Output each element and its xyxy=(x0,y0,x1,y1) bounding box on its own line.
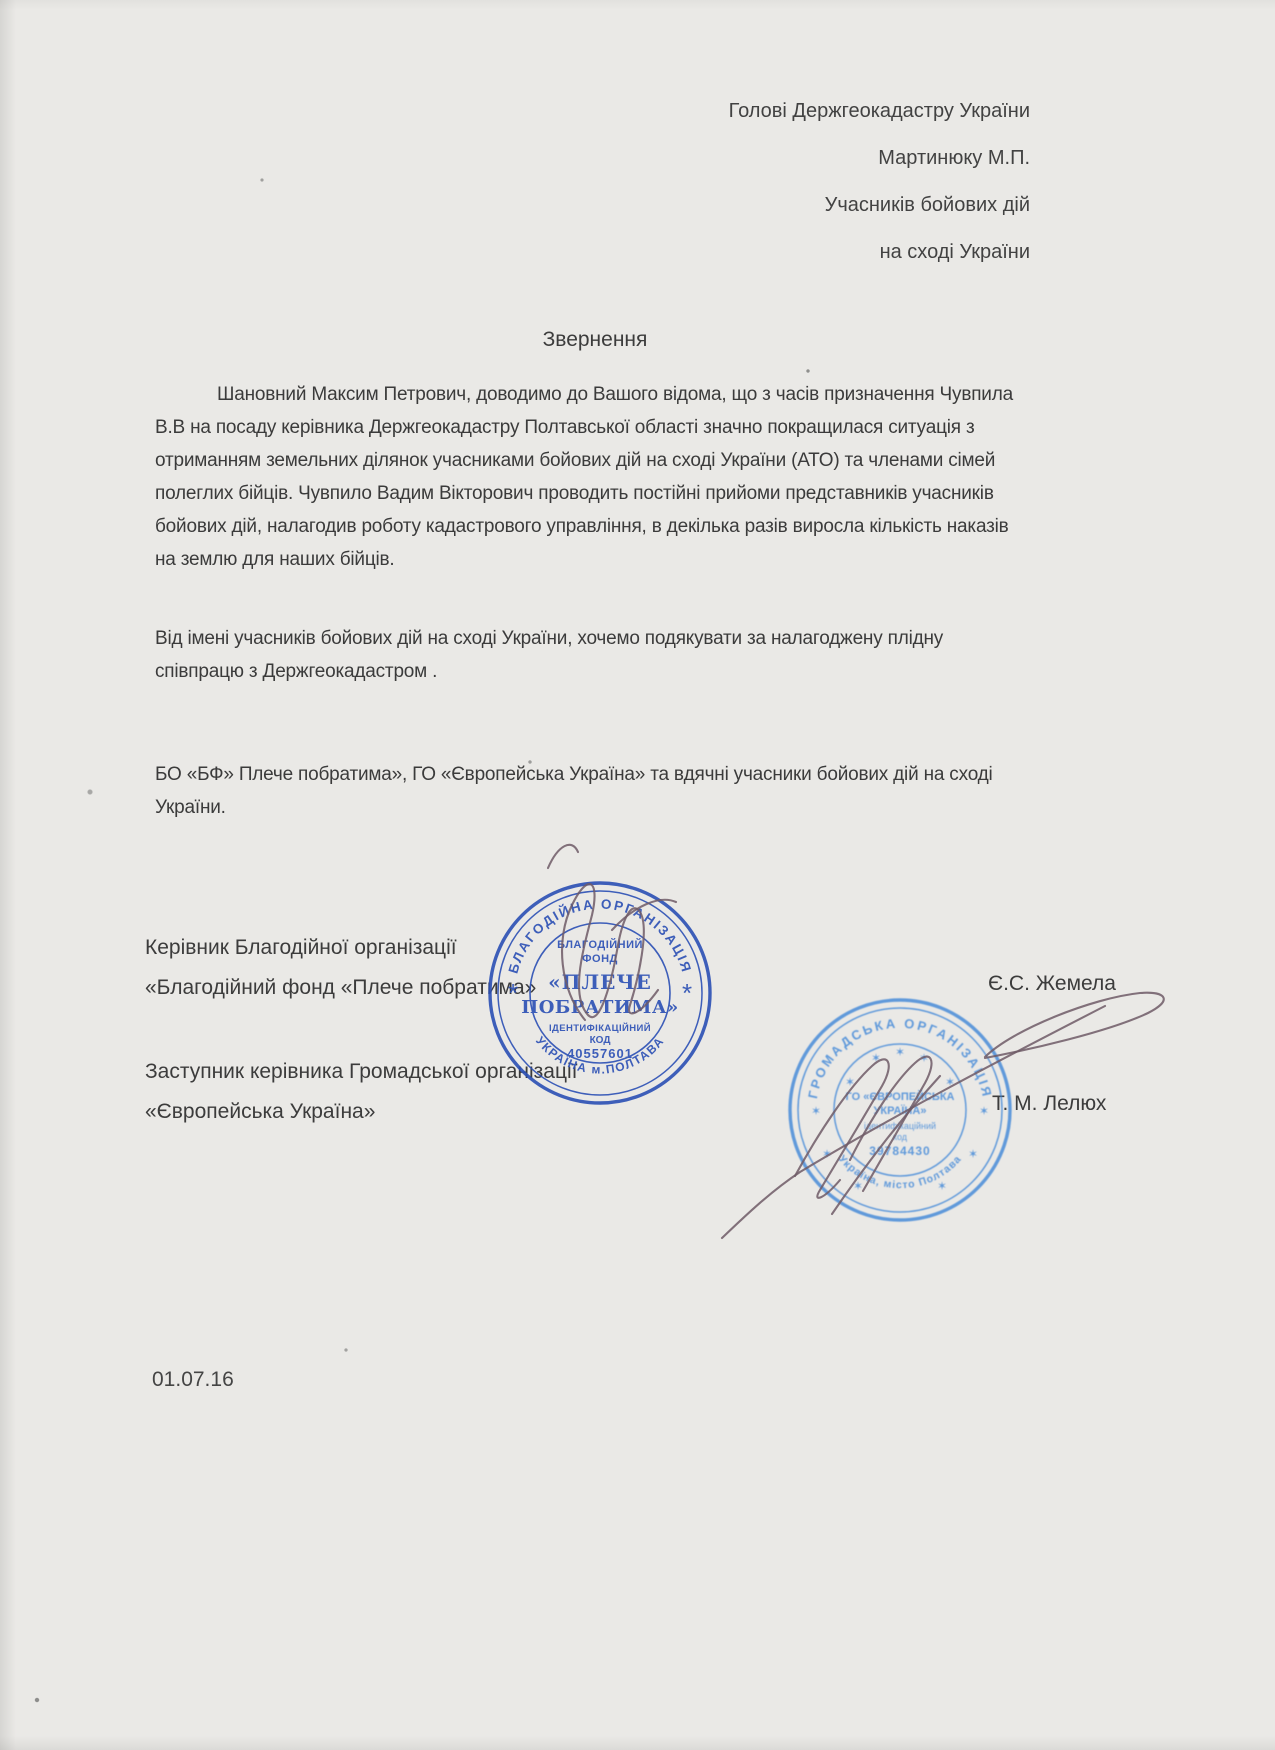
star-icon: ✶ xyxy=(845,1075,855,1089)
star-icon: ✶ xyxy=(811,1104,821,1118)
pen-stroke xyxy=(985,993,1164,1058)
signatory-1-role: Керівник Благодійної організації «Благод… xyxy=(145,928,536,1008)
document-title: Звернення xyxy=(155,328,1035,352)
role-line: Заступник керівника Громадської організа… xyxy=(145,1052,578,1092)
text-line: отриманням земельних ділянок учасниками … xyxy=(155,444,1055,477)
stamp-center-text: код xyxy=(893,1132,908,1142)
pen-stroke xyxy=(850,1057,932,1191)
stamp-ring-bottom-text: Україна, місто Полтава xyxy=(836,1153,964,1191)
paragraph-3: БО «БФ» Плече побратима», ГО «Європейськ… xyxy=(155,758,1055,824)
recipient-line: Мартинюку М.П. xyxy=(729,135,1030,182)
stamp-inner-ring xyxy=(834,1044,966,1176)
handwritten-signature-1 xyxy=(548,845,676,1020)
paragraph-2: Від імені учасників бойових дій на сході… xyxy=(155,622,1055,688)
star-icon: ✶ xyxy=(822,1147,832,1161)
recipient-line: Голові Держгеокадастру України xyxy=(729,88,1030,135)
role-line: «Благодійний фонд «Плече побратима» xyxy=(145,968,536,1008)
text-line: Шановний Максим Петрович, доводимо до Ва… xyxy=(155,378,1055,411)
text-line: Від імені учасників бойових дій на сході… xyxy=(155,622,1055,655)
star-icon: ✶ xyxy=(895,1045,905,1059)
pen-stroke xyxy=(832,1076,940,1214)
star-icon: ✶ xyxy=(945,1075,955,1089)
text-line: В.В на посаду керівника Держгеокадастру … xyxy=(155,411,1055,444)
stamp-code-text: 39784430 xyxy=(869,1144,930,1158)
stamp-center-text: УКРАЇНА» xyxy=(874,1104,927,1117)
star-icon: ✶ xyxy=(968,1147,978,1161)
svg-text:ГРОМАДСЬКА ОРГАНІЗАЦІЯ: ГРОМАДСЬКА ОРГАНІЗАЦІЯ xyxy=(805,1016,995,1100)
stamp-center-text: ФОНД xyxy=(582,953,618,965)
public-organization-round-stamp: ГРОМАДСЬКА ОРГАНІЗАЦІЯ Україна, місто По… xyxy=(790,1000,1010,1220)
stamp-inner-ring xyxy=(530,923,670,1063)
stamp-ring-top-text: ГРОМАДСЬКА ОРГАНІЗАЦІЯ xyxy=(805,1016,995,1100)
stamp-center-text: ідентифікаційний xyxy=(864,1121,936,1131)
scanned-letter-page: Голові Держгеокадастру України Мартинюку… xyxy=(0,0,1275,1750)
stamps-and-signatures-layer: БЛАГОДІЙНА ОРГАНІЗАЦІЯ УКРАЇНА м.ПОЛТАВА… xyxy=(0,0,1275,1750)
stamp-middle-ring xyxy=(798,1008,1002,1212)
stamp-center-text: ІДЕНТИФІКАЦІЙНИЙ xyxy=(549,1022,651,1034)
star-icon: ✶ xyxy=(871,1051,881,1065)
stamp-center-text: КОД xyxy=(590,1035,611,1046)
asterisk-icon: * xyxy=(682,978,692,1008)
recipient-line: Учасників бойових дій xyxy=(729,182,1030,229)
svg-text:Україна, місто Полтава: Україна, місто Полтава xyxy=(836,1153,964,1191)
recipient-line: на сході України xyxy=(729,229,1030,276)
text-line: бойових дій, налагодив роботу кадастрово… xyxy=(155,510,1055,543)
paragraph-1: Шановний Максим Петрович, доводимо до Ва… xyxy=(155,378,1055,576)
pen-stroke xyxy=(612,900,676,930)
stamp-fund-name-text: «ПЛЕЧЕ xyxy=(548,970,652,994)
star-icon: ✶ xyxy=(853,1179,863,1193)
signatory-2-role: Заступник керівника Громадської організа… xyxy=(145,1052,578,1132)
text-line: України. xyxy=(155,791,1055,824)
signatory-2-name: Т. М. Лелюх xyxy=(992,1092,1106,1116)
pen-stroke xyxy=(548,845,578,868)
text-line: на землю для наших бійців. xyxy=(155,543,1055,576)
recipient-block: Голові Держгеокадастру України Мартинюку… xyxy=(729,88,1030,276)
star-icon: ✶ xyxy=(979,1104,989,1118)
stamp-center-text: БЛАГОДІЙНИЙ xyxy=(557,938,643,951)
stamp-fund-name-text: ПОБРАТИМА» xyxy=(521,997,679,1018)
pen-stroke xyxy=(795,1059,889,1198)
signatory-1-name: Є.С. Жемела xyxy=(988,972,1116,996)
stamp-center-text: ГО «ЄВРОПЕЙСЬКА xyxy=(846,1090,955,1103)
text-line: співпрацю з Держгеокадастром . xyxy=(155,655,1055,688)
role-line: Керівник Благодійної організації xyxy=(145,928,536,968)
text-line: полеглих бійців. Чувпило Вадим Вікторови… xyxy=(155,477,1055,510)
stamp-outer-ring xyxy=(790,1000,1010,1220)
role-line: «Європейська Україна» xyxy=(145,1092,578,1132)
star-icon: ✶ xyxy=(937,1179,947,1193)
pen-stroke xyxy=(722,1006,1105,1238)
text-line: БО «БФ» Плече побратима», ГО «Європейськ… xyxy=(155,758,1055,791)
pen-stroke xyxy=(562,884,658,1020)
star-icon: ✶ xyxy=(919,1051,929,1065)
document-date: 01.07.16 xyxy=(152,1368,234,1392)
